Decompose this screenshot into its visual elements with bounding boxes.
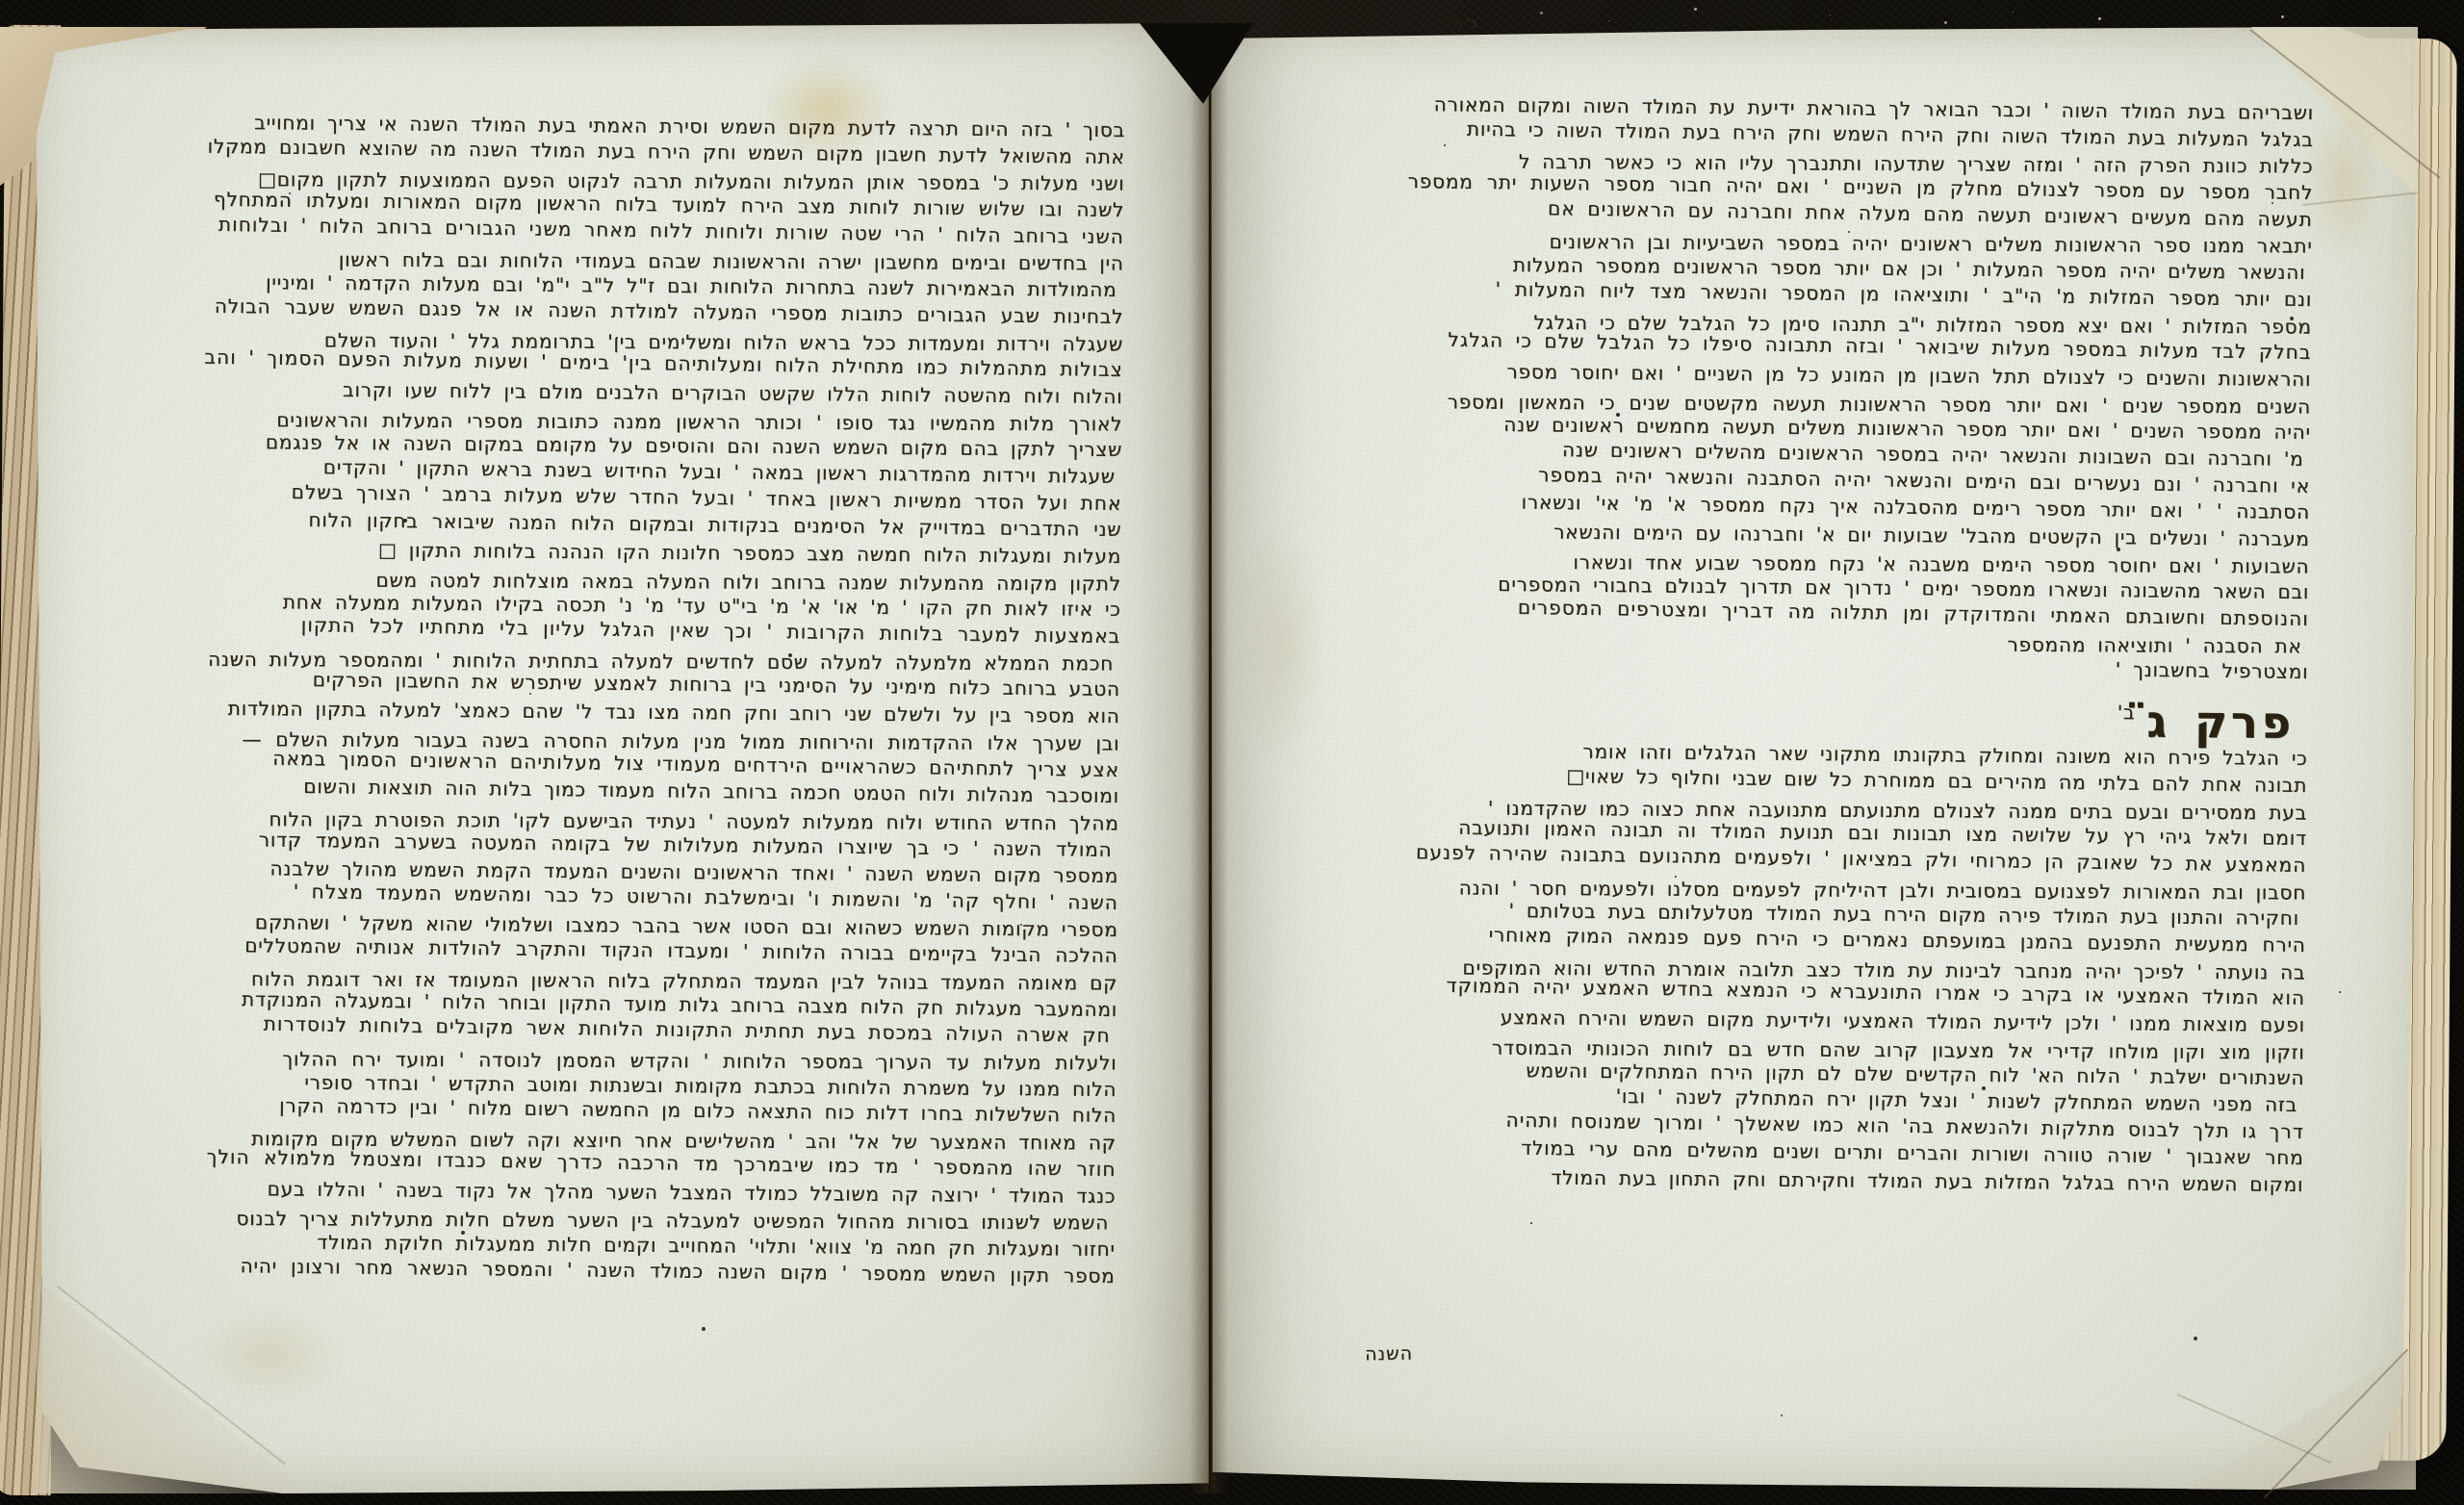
chapter-heading-row: פרק ג̈ ב' — [1294, 676, 2309, 746]
catchword: השנה — [1365, 1343, 1413, 1365]
manuscript-line: וזקון מוצ וקון מולחו קדירי אל מצעבון קרו… — [1290, 1033, 2304, 1066]
manuscript-line: ולעלות מעלות עד הערוך במספר הלוחות ' והק… — [187, 1046, 1116, 1077]
manuscript-line: השמש לשנותו בסורות מהחול המפשיט למעבלה ב… — [186, 1206, 1109, 1237]
margin-scribble: נ' י' — [1453, 13, 1478, 36]
manuscript-line: השבועות ' ואם יחוסר מספר הימים משבנה א' … — [1295, 548, 2309, 580]
dust-specks — [1694, 8, 1697, 11]
manuscript-line: לאורך מלות מהמשיו נגד סופו ' וכותר הראשו… — [192, 406, 1122, 437]
left-page-paragraph: בסוך ' בזה היום תרצה לדעת מקום השמש וסיר… — [185, 110, 1125, 1290]
chapter-heading: פרק ג̈ — [2146, 695, 2295, 748]
right-page-text: ושבריהם בעת המולד השוה ' וכבר הבואר לך ב… — [1289, 90, 2314, 1199]
manuscript-line: לתקון מקומה מהמעלות שמנה ברוחב ולוח המעל… — [192, 566, 1121, 597]
manuscript-photo: נ' י' ושבריהם בעת המולד השוה ' וכבר הבוא… — [0, 0, 2464, 1505]
manuscript-line: חסבון ובת המאורות לפצנועם במסובית ולבן ד… — [1292, 874, 2306, 906]
gutter-fold — [1190, 25, 1228, 1493]
right-page-paragraph-1: ושבריהם בעת המולד השוה ' וכבר הבואר לך ב… — [1294, 90, 2314, 686]
manuscript-line: השנים ממספר שנים ' ואם יותר מספר הראשונו… — [1296, 388, 2311, 421]
heading-side-mark: ב' — [2117, 701, 2136, 724]
manuscript-line: הין בחדשים ובימים מחשבון ישרה והראשונות … — [194, 246, 1124, 277]
left-page-text: בסוך ' בזה היום תרצה לדעת מקום השמש וסיר… — [185, 110, 1125, 1290]
right-page-paragraph-2: כי הגלבל פירח הוא משונה ומחולק בתקונתו מ… — [1289, 736, 2307, 1199]
